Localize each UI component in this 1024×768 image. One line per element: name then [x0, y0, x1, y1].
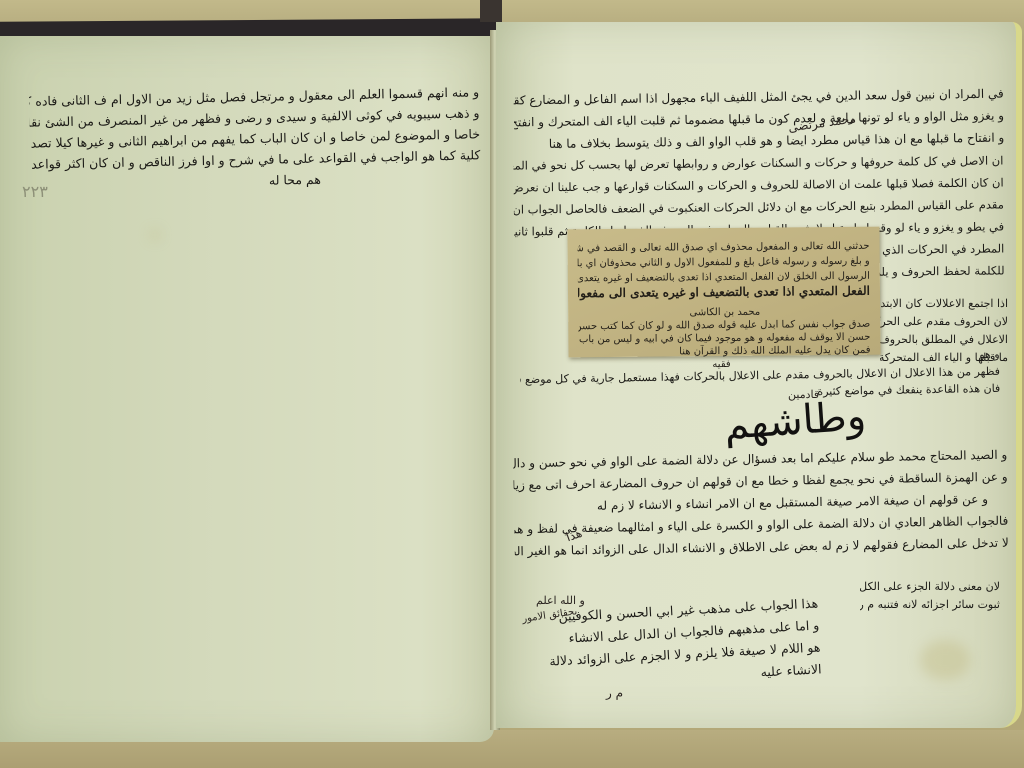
text-line: و بلغ رسوله و رسوله فاعل بلغ و للمفعول ا…	[578, 254, 870, 272]
left-page-text: و منه انهم قسموا العلم الى معقول و مرتجل…	[29, 81, 481, 195]
right-page-lower-text: و الصيد المحتاج محمد طو سلام عليكم اما ب…	[513, 444, 1009, 563]
slip-top-text: حدثني الله تعالى و المفعول محذوف اي صدق …	[578, 239, 871, 302]
text-line: ثبوت سائر اجزائه لانه فتنبه م ر	[860, 596, 1000, 614]
right-page-lower-right-text: لان معنى دلالة الجزء على الكل دلالة وجود…	[860, 578, 1000, 614]
text-line: اذا اجتمع الاعلالات كان الابتداء بالحروف	[880, 295, 1008, 313]
pasted-paper-slip: حدثني الله تعالى و المفعول محذوف اي صدق …	[567, 227, 880, 358]
paper-stain	[150, 230, 160, 240]
text-line: لان الحروف مقدم على الحركة لان الحركة	[880, 313, 1008, 331]
slip-signature: فقيه	[579, 357, 871, 373]
folio-number: ٢٢٣	[22, 182, 48, 201]
text-line: فمن كان يدل عليه الملك الله ذلك و القرآن…	[578, 344, 870, 360]
slip-bottom-text: محمد بن الكاشى صدق جواب نفس كما ابدل علي…	[578, 305, 871, 373]
right-page-closing-text: هذا الجواب على مذهب غير ابي الحسن و الكو…	[528, 592, 822, 695]
slip-emphasized-line: الفعل المتعدي اذا تعدى بالتضعيف او غيره …	[578, 284, 870, 302]
right-page-top-text: في المراد ان نبين قول سعد الدين في يجئ ا…	[514, 83, 1005, 156]
text-line: لان معنى دلالة الجزء على الكل دلالة وجود	[860, 578, 1000, 596]
book-spine	[480, 0, 502, 22]
closing-mark: م ر	[606, 686, 623, 700]
paper-stain	[920, 640, 970, 680]
